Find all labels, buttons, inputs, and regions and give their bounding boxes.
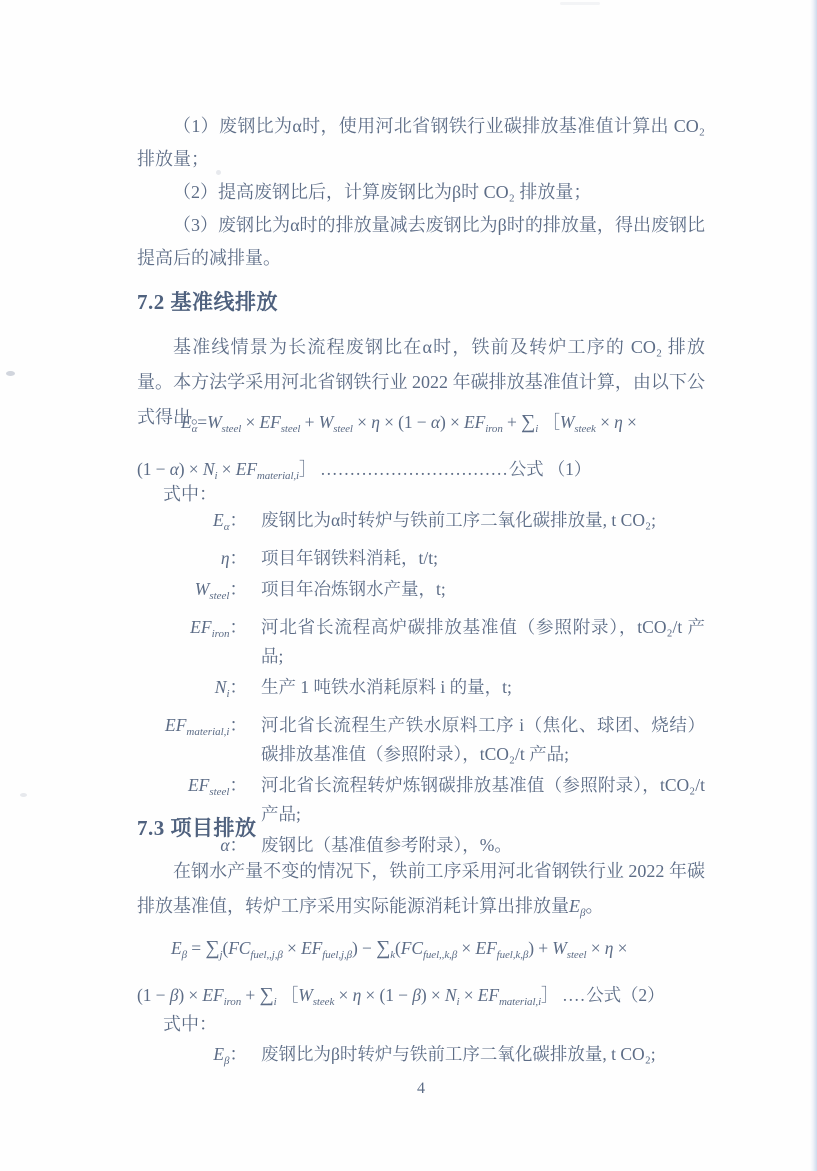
definition-text: 废钢比为β时转炉与铁前工序二氧化碳排放量, t CO₂;	[261, 1040, 705, 1069]
definition-term: EFsteel：	[137, 771, 261, 807]
intro-item-2: （2）提高废钢比后，计算废钢比为β时 CO₂ 排放量；	[137, 176, 705, 209]
scan-edge-artifact	[810, 0, 817, 1171]
where-label-7-3: 式中：	[137, 1012, 705, 1036]
definition-term: EFiron：	[137, 613, 261, 649]
definition-row: η： 项目年钢铁料消耗，t/t;	[137, 544, 705, 573]
definition-text: 河北省长流程生产铁水原料工序 i（焦化、球团、烧结）碳排放基准值（参照附录），t…	[261, 711, 705, 769]
where-label-7-2: 式中：	[137, 482, 705, 506]
formula-1-line-1: Eα=Wsteel × EFsteel + Wsteel × η × (1 − …	[137, 402, 705, 449]
formula-2-line-1: Eβ = ∑j(FCfuel,,j,β × EFfuel,j,β) − ∑k(F…	[137, 928, 705, 975]
section-7-3-heading: 7.3 项目排放	[137, 812, 705, 842]
intro-item-1: （1）废钢比为α时，使用河北省钢铁行业碳排放基准值计算出 CO₂ 排放量；	[137, 110, 705, 176]
definition-term: EFmaterial,i：	[137, 711, 261, 747]
page-number: 4	[137, 1080, 705, 1098]
scan-speck	[20, 793, 27, 797]
formula-2: Eβ = ∑j(FCfuel,,j,β × EFfuel,j,β) − ∑k(F…	[137, 928, 705, 1022]
definition-term: Eβ：	[137, 1040, 261, 1076]
page-content: （1）废钢比为α时，使用河北省钢铁行业碳排放基准值计算出 CO₂ 排放量； （2…	[137, 0, 705, 1171]
definition-row: Eβ： 废钢比为β时转炉与铁前工序二氧化碳排放量, t CO₂;	[137, 1040, 705, 1076]
definition-text: 项目年冶炼钢水产量，t;	[261, 575, 705, 604]
definition-text: 废钢比为α时转炉与铁前工序二氧化碳排放量, t CO₂;	[261, 506, 705, 535]
intro-item-3: （3）废钢比为α时的排放量减去废钢比为β时的排放量，得出废钢比提高后的减排量。	[137, 209, 705, 275]
definition-term: η：	[137, 544, 261, 573]
definition-text: 项目年钢铁料消耗，t/t;	[261, 544, 705, 573]
definition-row: EFmaterial,i： 河北省长流程生产铁水原料工序 i（焦化、球团、烧结）…	[137, 711, 705, 769]
definition-row: EFiron： 河北省长流程高炉碳排放基准值（参照附录），tCO₂/t 产品;	[137, 613, 705, 671]
definition-row: Ni： 生产 1 吨铁水消耗原料 i 的量，t;	[137, 673, 705, 709]
document-page: （1）废钢比为α时，使用河北省钢铁行业碳排放基准值计算出 CO₂ 排放量； （2…	[0, 0, 817, 1171]
definition-row: Eα： 废钢比为α时转炉与铁前工序二氧化碳排放量, t CO₂;	[137, 506, 705, 542]
definition-text: 生产 1 吨铁水消耗原料 i 的量，t;	[261, 673, 705, 702]
scan-speck	[6, 371, 15, 376]
definition-row: Wsteel： 项目年冶炼钢水产量，t;	[137, 575, 705, 611]
scan-speck	[560, 2, 600, 5]
section-7-3-intro: 在钢水产量不变的情况下，铁前工序采用河北省钢铁行业 2022 年碳排放基准值，转…	[137, 854, 705, 931]
definition-term: Ni：	[137, 673, 261, 709]
section-7-2-heading: 7.2 基准线排放	[137, 286, 705, 316]
definition-text: 河北省长流程高炉碳排放基准值（参照附录），tCO₂/t 产品;	[261, 613, 705, 671]
definitions-7-2: Eα： 废钢比为α时转炉与铁前工序二氧化碳排放量, t CO₂; η： 项目年钢…	[137, 506, 705, 862]
definition-term: Eα：	[137, 506, 261, 542]
scan-speck	[216, 170, 221, 175]
definition-term: Wsteel：	[137, 575, 261, 611]
definitions-7-3: Eβ： 废钢比为β时转炉与铁前工序二氧化碳排放量, t CO₂;	[137, 1040, 705, 1078]
intro-list: （1）废钢比为α时，使用河北省钢铁行业碳排放基准值计算出 CO₂ 排放量； （2…	[137, 110, 705, 275]
